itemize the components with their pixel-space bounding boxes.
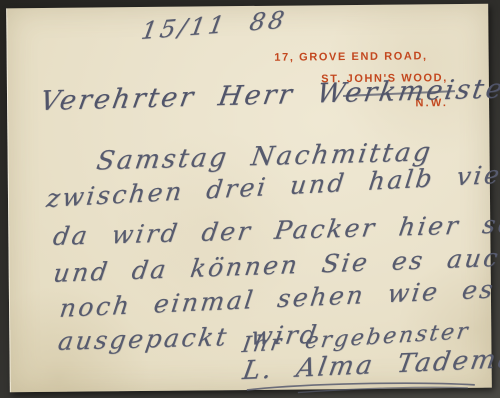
letterhead-address-line1: 17, GROVE END ROAD,	[274, 45, 447, 69]
note-card: 15/11 88 17, GROVE END ROAD, ST. JOHN'S …	[6, 4, 492, 393]
scanned-letter-photo: 15/11 88 17, GROVE END ROAD, ST. JOHN'S …	[0, 0, 500, 398]
signature-flourish	[243, 380, 483, 394]
